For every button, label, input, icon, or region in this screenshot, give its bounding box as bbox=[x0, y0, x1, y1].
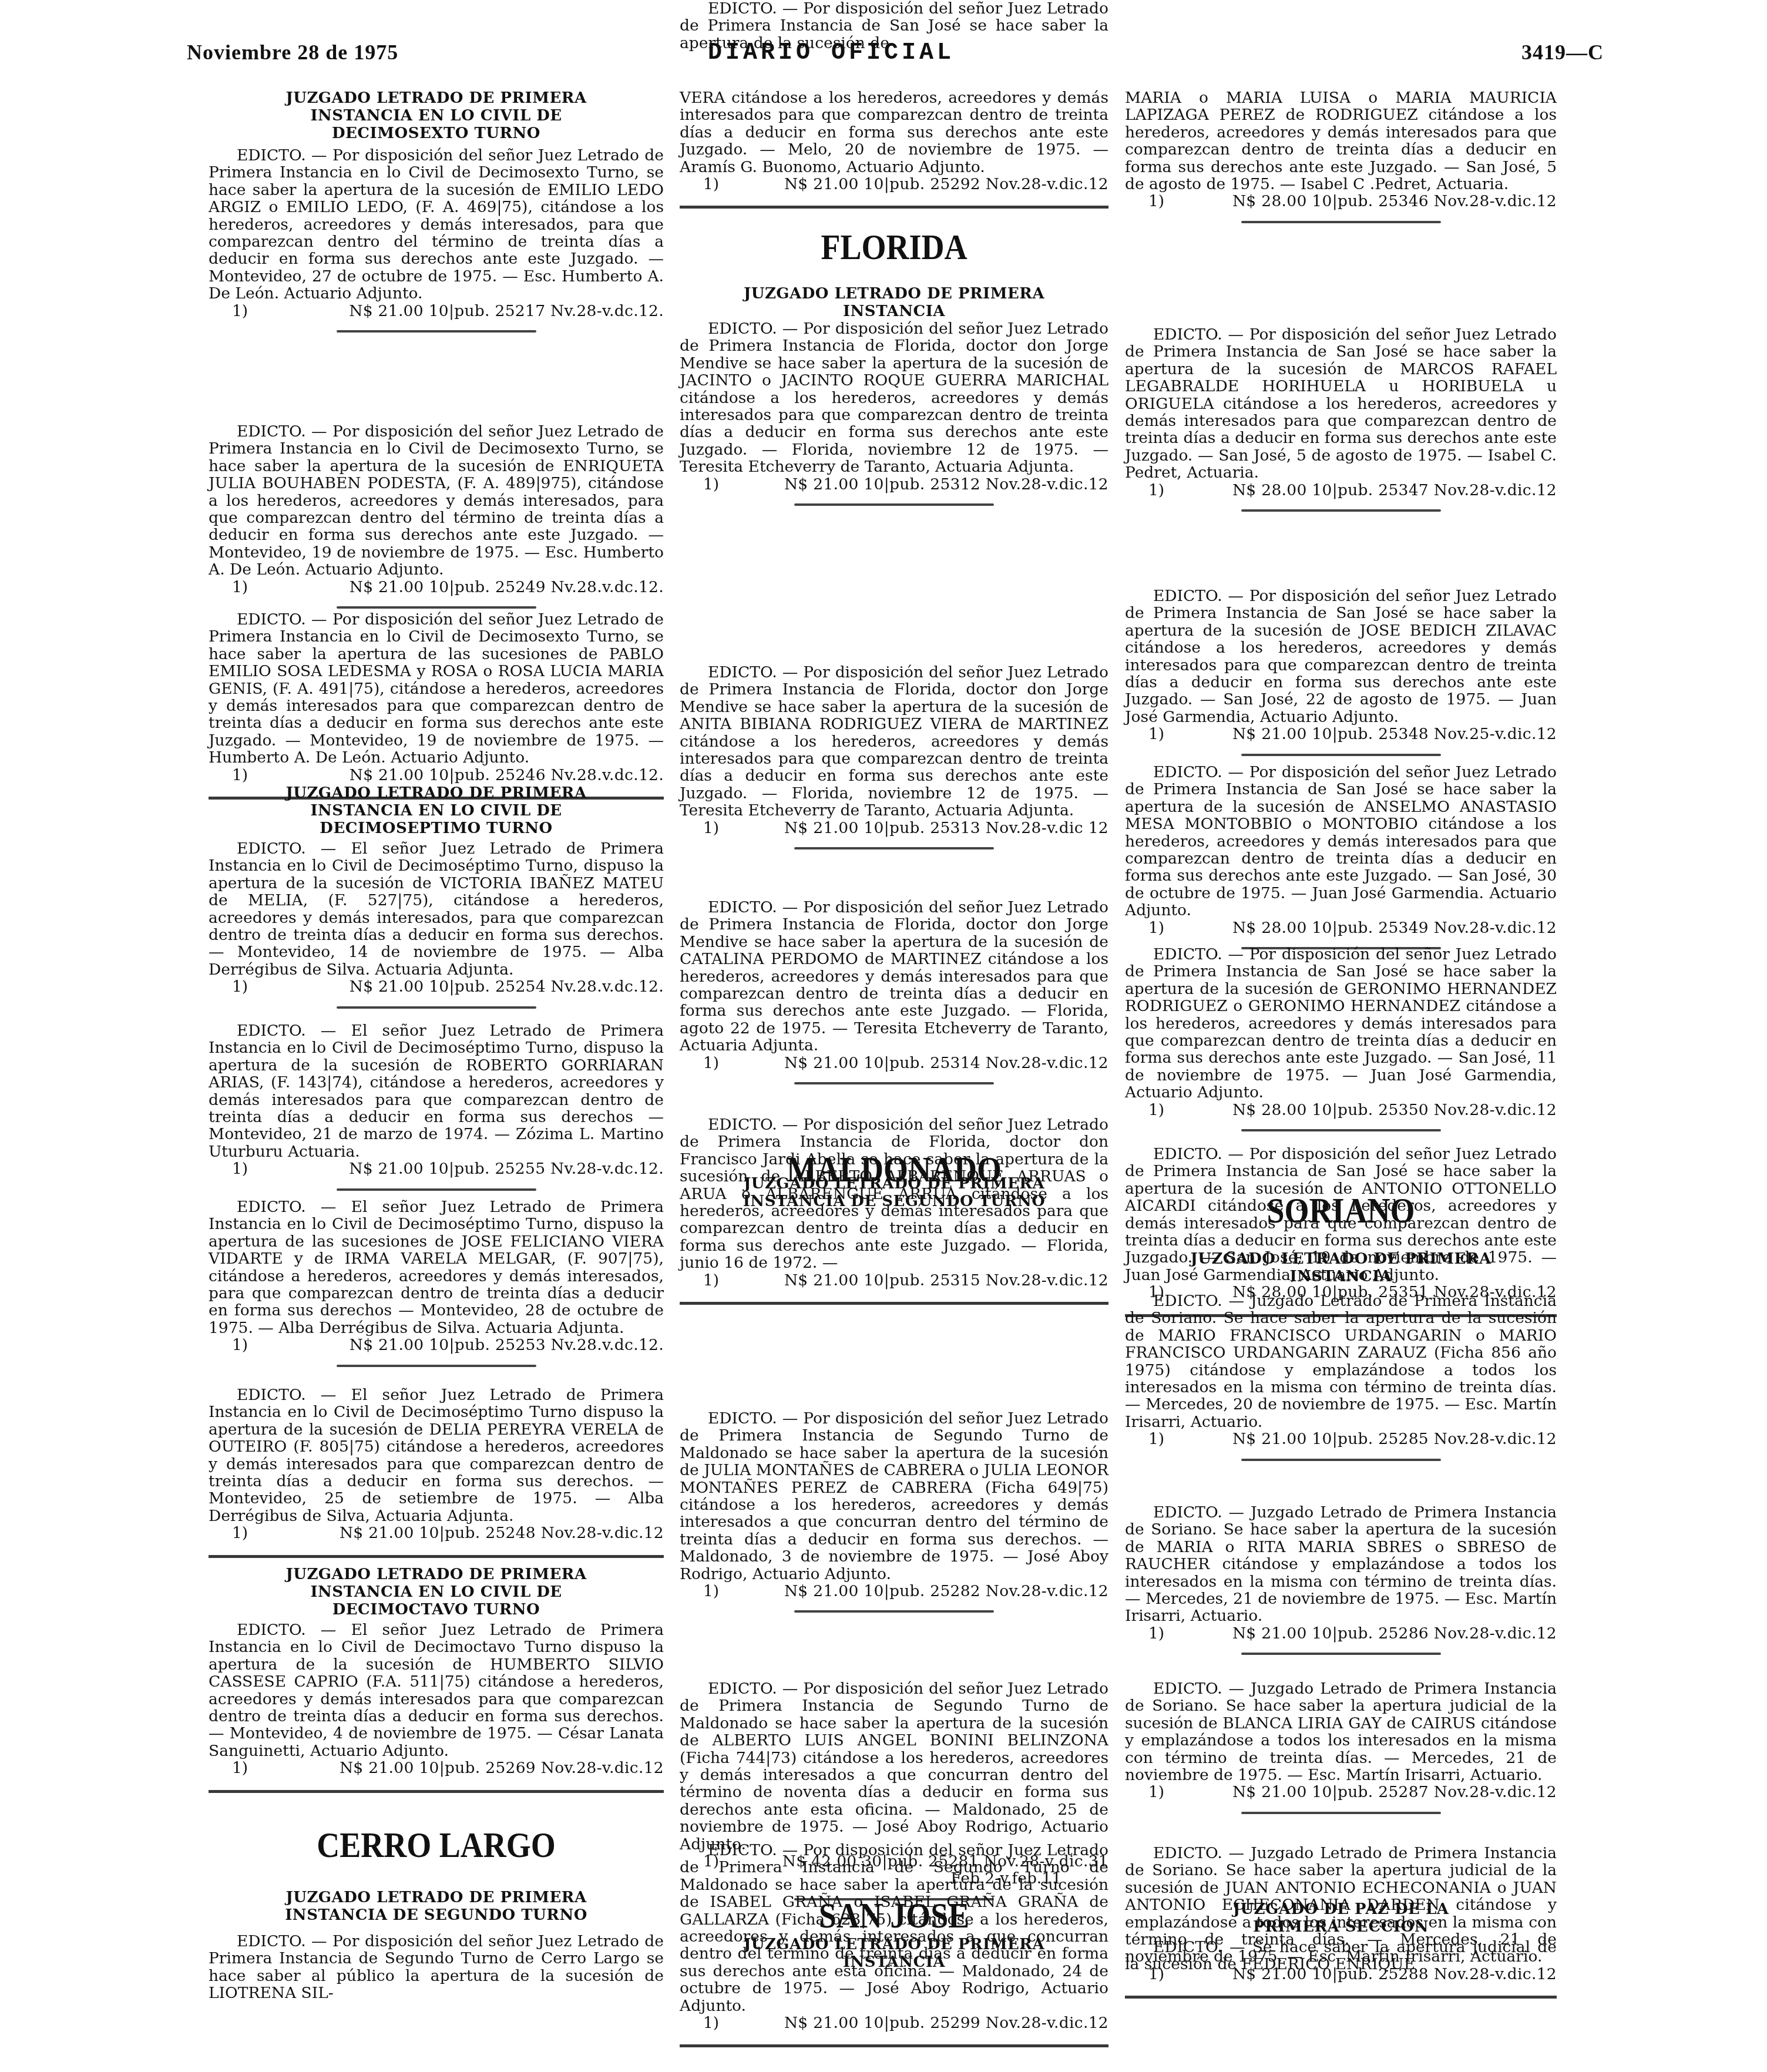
edict-body: EDICTO. — Juzgado Letrado de Primera Ins… bbox=[1125, 1504, 1557, 1625]
edict-notice: EDICTO. — Juzgado Letrado de Primera Ins… bbox=[1125, 1680, 1557, 1827]
issue-date: Noviembre 28 de 1975 bbox=[187, 40, 398, 65]
edict-text: EDICTO. — Por disposición del señor Juez… bbox=[680, 1410, 1108, 1583]
page-number: 3419—C bbox=[1521, 40, 1604, 65]
edict-notice: EDICTO. — Juzgado Letrado de Primera Ins… bbox=[1125, 1292, 1557, 1474]
insertion-count: 1) bbox=[680, 176, 774, 193]
fee-details: N$ 21.00 10|pub. 25286 Nov.28-v.dic.12 bbox=[1219, 1625, 1557, 1642]
insertion-count: 1) bbox=[209, 1336, 303, 1354]
fee-details: N$ 21.00 10|pub. 25255 Nv.28-v.dc.12. bbox=[303, 1160, 664, 1177]
edict-notice: EDICTO. — Se hace saber la apertura judi… bbox=[1125, 1939, 1557, 1973]
edict-body: EDICTO. — Por disposición del señor Juez… bbox=[1125, 587, 1557, 726]
publication-fee-line: 1)N$ 28.00 10|pub. 25349 Nov.28-v.dic.12 bbox=[1125, 919, 1557, 936]
court-title: JUZGADO LETRADO DE PRIMERA INSTANCIA DE … bbox=[209, 1889, 664, 1924]
court-heading: JUZGADO LETRADO DE PRIMERA INSTANCIA EN … bbox=[209, 89, 664, 142]
edict-body: EDICTO. — Por disposición del señor Juez… bbox=[1125, 946, 1557, 1102]
edict-body: VERA citándose a los herederos, acreedor… bbox=[680, 89, 1108, 176]
separator-rule bbox=[209, 1555, 664, 1558]
publication-fee-line: 1)N$ 28.00 10|pub. 25346 Nov.28-v.dic.12 bbox=[1125, 193, 1557, 210]
insertion-count: 1) bbox=[1125, 1625, 1219, 1642]
edict-notice: EDICTO. — Por disposición del señor Juez… bbox=[680, 899, 1108, 1097]
publication-fee-line: 1)N$ 21.00 10|pub. 25269 Nov.28-v.dic.12 bbox=[209, 1759, 664, 1777]
edict-notice: EDICTO. — Por disposición del señor Juez… bbox=[1125, 946, 1557, 1144]
fee-details: N$ 21.00 10|pub. 25292 Nov.28-v.dic.12 bbox=[774, 176, 1108, 193]
insertion-count: 1) bbox=[680, 820, 774, 837]
edict-notice: EDICTO. — Por disposición del señor Juez… bbox=[1125, 764, 1557, 962]
edict-body: EDICTO. — Por disposición del señor Juez… bbox=[680, 0, 1108, 52]
fee-details: N$ 28.00 10|pub. 25349 Nov.28-v.dic.12 bbox=[1219, 919, 1557, 936]
edict-text: EDICTO. — Por disposición del señor Juez… bbox=[1125, 326, 1557, 482]
edict-notice: EDICTO. — Por disposición del señor Juez… bbox=[1125, 587, 1557, 769]
region-title: SAN JOSE bbox=[680, 1895, 1108, 1936]
edict-notice: EDICTO. — Por disposición del señor Juez… bbox=[209, 147, 664, 345]
insertion-count: 1) bbox=[1125, 193, 1219, 210]
region-title: FLORIDA bbox=[680, 227, 1108, 267]
region-title: CERRO LARGO bbox=[209, 1825, 664, 1865]
edict-text: EDICTO. — Por disposición del señor Juez… bbox=[680, 664, 1108, 820]
fee-details: N$ 21.00 10|pub. 25313 Nov.28-v.dic 12 bbox=[774, 820, 1108, 837]
edict-body: EDICTO. — Por disposición del señor Juez… bbox=[680, 1680, 1108, 1853]
edict-text: EDICTO. — El señor Juez Letrado de Prime… bbox=[209, 1198, 664, 1336]
fee-details: N$ 28.00 10|pub. 25346 Nov.28-v.dic.12 bbox=[1219, 193, 1557, 210]
insertion-count: 1) bbox=[1125, 1430, 1219, 1448]
publication-fee-line: 1)N$ 21.00 10|pub. 25217 Nv.28-v.dc.12. bbox=[209, 303, 664, 320]
publication-fee-line: 1)N$ 21.00 10|pub. 25348 Nov.25-v.dic.12 bbox=[1125, 726, 1557, 743]
insertion-count: 1) bbox=[1125, 726, 1219, 743]
publication-fee-line: 1)N$ 21.00 10|pub. 25255 Nv.28-v.dc.12. bbox=[209, 1160, 664, 1177]
edict-notice: EDICTO. — Por disposición del señor Juez… bbox=[209, 423, 664, 622]
edict-body: EDICTO. — Por disposición del señor Juez… bbox=[680, 320, 1108, 476]
fee-details: N$ 21.00 10|pub. 25282 Nov.28-v.dic.12 bbox=[774, 1583, 1108, 1600]
separator-rule bbox=[1241, 221, 1441, 223]
edict-text: EDICTO. — El señor Juez Letrado de Prime… bbox=[209, 840, 664, 978]
insertion-count: 1) bbox=[209, 1160, 303, 1177]
publication-fee-line: 1)N$ 21.00 10|pub. 25299 Nov.28-v.dic.12 bbox=[680, 2014, 1108, 2031]
insertion-count: 1) bbox=[1125, 1784, 1219, 1801]
fee-details: N$ 21.00 10|pub. 25254 Nv.28.v.dc.12. bbox=[303, 978, 664, 995]
separator-rule bbox=[680, 1302, 1108, 1305]
edict-text: EDICTO. — Por disposición del señor Juez… bbox=[1125, 587, 1557, 726]
separator-rule bbox=[337, 330, 536, 333]
edict-notice: EDICTO. — Juzgado Letrado de Primera Ins… bbox=[1125, 1504, 1557, 1668]
edict-body: EDICTO. — Por disposición del señor Juez… bbox=[1125, 764, 1557, 919]
edict-text: EDICTO. — Juzgado Letrado de Primera Ins… bbox=[1125, 1292, 1557, 1430]
court-title: JUZGADO LETRADO DE PRIMERA INSTANCIA bbox=[680, 285, 1108, 320]
edict-body: EDICTO. — El señor Juez Letrado de Prime… bbox=[209, 1022, 664, 1160]
separator-rule bbox=[794, 1082, 994, 1084]
separator-rule bbox=[794, 503, 994, 506]
publication-fee-line: 1)N$ 21.00 10|pub. 25287 Nov.28-v.dic.12 bbox=[1125, 1784, 1557, 1801]
edict-notice: EDICTO. — Por disposición del señor Juez… bbox=[1125, 326, 1557, 525]
publication-fee-line: 1)N$ 21.00 10|pub. 25249 Nv.28.v.dc.12. bbox=[209, 579, 664, 596]
fee-details: N$ 21.00 10|pub. 25269 Nov.28-v.dic.12 bbox=[303, 1759, 664, 1777]
court-title: JUZGADO LETRADO DE PRIMERA INSTANCIA EN … bbox=[209, 89, 664, 142]
edict-body: EDICTO. — Por disposición del señor Juez… bbox=[209, 423, 664, 579]
edict-text: EDICTO. — Juzgado Letrado de Primera Ins… bbox=[1125, 1504, 1557, 1625]
edict-text: EDICTO. — El señor Juez Letrado de Prime… bbox=[209, 1386, 664, 1524]
edict-body: EDICTO. — Por disposición del señor Juez… bbox=[209, 147, 664, 303]
edict-notice: EDICTO. — Por disposición del señor Juez… bbox=[680, 1410, 1108, 1626]
publication-fee-line: 1)N$ 21.00 10|pub. 25254 Nv.28.v.dc.12. bbox=[209, 978, 664, 995]
fee-details: N$ 21.00 10|pub. 25314 Nov.28-v.dic.12 bbox=[774, 1055, 1108, 1072]
edict-text: EDICTO. — El señor Juez Letrado de Prime… bbox=[209, 1022, 664, 1160]
publication-fee-line: 1)N$ 21.00 10|pub. 25314 Nov.28-v.dic.12 bbox=[680, 1055, 1108, 1072]
court-title: JUZGADO LETRADO DE PRIMERA INSTANCIA bbox=[1125, 1250, 1557, 1285]
region-title: SORIANO bbox=[1125, 1190, 1557, 1231]
edict-continuation: VERA citándose a los herederos, acreedor… bbox=[680, 89, 1108, 224]
fee-details: N$ 28.00 10|pub. 25347 Nov.28-v.dic.12 bbox=[1219, 482, 1557, 499]
edict-text: EDICTO. — Por disposición del señor Juez… bbox=[680, 320, 1108, 476]
publication-fee-line: 1)N$ 21.00 10|pub. 25313 Nov.28-v.dic 12 bbox=[680, 820, 1108, 837]
separator-rule bbox=[794, 847, 994, 849]
edict-text: EDICTO. — Por disposición del señor Juez… bbox=[680, 899, 1108, 1055]
fee-details: N$ 21.00 10|pub. 25285 Nov.28-v.dic.12 bbox=[1219, 1430, 1557, 1448]
publication-fee-line: 1)N$ 21.00 10|pub. 25246 Nv.28.v.dc.12. bbox=[209, 767, 664, 784]
insertion-count: 1) bbox=[680, 2014, 774, 2031]
edict-body: EDICTO. — Por disposición del señor Juez… bbox=[680, 1410, 1108, 1583]
edict-notice: EDICTO. — Por disposición del señor Juez… bbox=[680, 320, 1108, 519]
separator-rule bbox=[1241, 1459, 1441, 1461]
publication-fee-line: 1)N$ 21.00 10|pub. 25315 Nov.28-v.dic.12 bbox=[680, 1272, 1108, 1289]
edict-notice: EDICTO. — El señor Juez Letrado de Prime… bbox=[209, 1621, 664, 1808]
fee-details: N$ 21.00 10|pub. 25246 Nv.28.v.dc.12. bbox=[303, 767, 664, 784]
court-title: JUZGADO LETRADO DE PRIMERA INSTANCIA EN … bbox=[209, 1566, 664, 1618]
edict-text: EDICTO. — Juzgado Letrado de Primera Ins… bbox=[1125, 1680, 1557, 1784]
separator-rule bbox=[337, 1006, 536, 1009]
publication-fee-line: 1)N$ 28.00 10|pub. 25350 Nov.28-v.dic.12 bbox=[1125, 1102, 1557, 1119]
fee-details: N$ 21.00 10|pub. 25312 Nov.28-v.dic.12 bbox=[774, 476, 1108, 493]
fee-details: N$ 21.00 10|pub. 25253 Nv.28.v.dc.12. bbox=[303, 1336, 664, 1354]
edict-notice: EDICTO. — El señor Juez Letrado de Prime… bbox=[209, 1022, 664, 1204]
fee-details: N$ 21.00 10|pub. 25248 Nov.28-v.dic.12 bbox=[303, 1524, 664, 1542]
insertion-count: 1) bbox=[209, 1524, 303, 1542]
edict-notice: EDICTO. — El señor Juez Letrado de Prime… bbox=[209, 1198, 664, 1380]
insertion-count: 1) bbox=[680, 1583, 774, 1600]
insertion-count: 1) bbox=[209, 1759, 303, 1777]
court-heading: JUZGADO LETRADO DE PRIMERA INSTANCIA DE … bbox=[209, 1889, 664, 1924]
edict-body: EDICTO. — El señor Juez Letrado de Prime… bbox=[209, 1198, 664, 1336]
fee-details: N$ 21.00 10|pub. 25348 Nov.25-v.dic.12 bbox=[1219, 726, 1557, 743]
edict-body: EDICTO. — Por disposición del señor Juez… bbox=[1125, 326, 1557, 482]
court-heading: JUZGADO LETRADO DE PRIMERA INSTANCIA DE … bbox=[680, 1175, 1108, 1210]
publication-fee-line: 1)N$ 21.00 10|pub. 25253 Nv.28.v.dc.12. bbox=[209, 1336, 664, 1354]
insertion-count: 1) bbox=[209, 303, 303, 320]
edict-text: MARIA o MARIA LUISA o MARIA MAURICIA LAP… bbox=[1125, 89, 1557, 193]
separator-rule bbox=[337, 606, 536, 609]
edict-text: EDICTO. — El señor Juez Letrado de Prime… bbox=[209, 1621, 664, 1759]
edict-text: VERA citándose a los herederos, acreedor… bbox=[680, 89, 1108, 176]
edict-notice: EDICTO. — Por disposición del señor Juez… bbox=[680, 1116, 1108, 1320]
region-heading: SORIANO bbox=[1125, 1193, 1557, 1228]
edict-notice: EDICTO. — Por disposición del señor Juez… bbox=[680, 664, 1108, 862]
edict-body: MARIA o MARIA LUISA o MARIA MAURICIA LAP… bbox=[1125, 89, 1557, 193]
court-title: JUZGADO LETRADO DE PRIMERA INSTANCIA bbox=[680, 1936, 1108, 1971]
edict-text: EDICTO. — Por disposición del señor Juez… bbox=[209, 147, 664, 303]
insertion-count: 1) bbox=[1125, 919, 1219, 936]
separator-rule bbox=[337, 1188, 536, 1191]
edict-body: EDICTO. — Por disposición del señor Juez… bbox=[680, 899, 1108, 1055]
fee-details: N$ 21.00 10|pub. 25249 Nv.28.v.dc.12. bbox=[303, 579, 664, 596]
edict-text: EDICTO. — Por disposición del señor Juez… bbox=[680, 0, 1108, 52]
court-heading: JUZGADO LETRADO DE PRIMERA INSTANCIA bbox=[1125, 1250, 1557, 1285]
publication-fee-line: 1)N$ 21.00 10|pub. 25312 Nov.28-v.dic.12 bbox=[680, 476, 1108, 493]
separator-rule bbox=[1241, 1812, 1441, 1814]
insertion-count: 1) bbox=[209, 767, 303, 784]
edict-body: EDICTO. — El señor Juez Letrado de Prime… bbox=[209, 1386, 664, 1524]
insertion-count: 1) bbox=[209, 978, 303, 995]
edict-text: EDICTO. — Por disposición del señor Juez… bbox=[1125, 946, 1557, 1102]
separator-rule bbox=[1241, 1653, 1441, 1655]
edict-notice: EDICTO. — El señor Juez Letrado de Prime… bbox=[209, 1386, 664, 1573]
separator-rule bbox=[1125, 1996, 1557, 1999]
publication-fee-line: 1)N$ 21.00 10|pub. 25248 Nov.28-v.dic.12 bbox=[209, 1524, 664, 1542]
fee-details: N$ 21.00 10|pub. 25217 Nv.28-v.dc.12. bbox=[303, 303, 664, 320]
court-title: JUZGADO LETRADO DE PRIMERA INSTANCIA EN … bbox=[209, 784, 664, 837]
edict-notice: EDICTO. — El señor Juez Letrado de Prime… bbox=[209, 840, 664, 1022]
region-heading: CERRO LARGO bbox=[209, 1827, 664, 1862]
edict-text: EDICTO. — Por disposición del señor Juez… bbox=[209, 1933, 664, 2002]
court-heading: JUZGADO LETRADO DE PRIMERA INSTANCIA bbox=[680, 1936, 1108, 1971]
edict-body: EDICTO. — Se hace saber la apertura judi… bbox=[1125, 1939, 1557, 1973]
separator-rule bbox=[1241, 509, 1441, 512]
insertion-count: 1) bbox=[680, 1055, 774, 1072]
publication-fee-line: 1)N$ 21.00 10|pub. 25285 Nov.28-v.dic.12 bbox=[1125, 1430, 1557, 1448]
separator-rule bbox=[680, 206, 1108, 209]
edict-notice: EDICTO. — Por disposición del señor Juez… bbox=[680, 0, 1108, 52]
edict-body: EDICTO. — Juzgado Letrado de Primera Ins… bbox=[1125, 1292, 1557, 1430]
edict-body: EDICTO. — El señor Juez Letrado de Prime… bbox=[209, 840, 664, 978]
edict-text: EDICTO. — Se hace saber la apertura judi… bbox=[1125, 1939, 1557, 1973]
edict-body: EDICTO. — Por disposición del señor Juez… bbox=[209, 1933, 664, 2002]
insertion-count: 1) bbox=[209, 579, 303, 596]
publication-fee-line: 1)N$ 28.00 10|pub. 25347 Nov.28-v.dic.12 bbox=[1125, 482, 1557, 499]
insertion-count: 1) bbox=[680, 476, 774, 493]
fee-details: N$ 28.00 10|pub. 25350 Nov.28-v.dic.12 bbox=[1219, 1102, 1557, 1119]
fee-details: N$ 21.00 10|pub. 25315 Nov.28-v.dic.12 bbox=[774, 1272, 1108, 1289]
edict-text: EDICTO. — Por disposición del señor Juez… bbox=[680, 1680, 1108, 1853]
court-heading: JUZGADO LETRADO DE PRIMERA INSTANCIA bbox=[680, 285, 1108, 320]
edict-body: EDICTO. — Por disposición del señor Juez… bbox=[209, 611, 664, 767]
insertion-count: 1) bbox=[1125, 1102, 1219, 1119]
edict-body: EDICTO. — Juzgado Letrado de Primera Ins… bbox=[1125, 1680, 1557, 1784]
edict-continuation: MARIA o MARIA LUISA o MARIA MAURICIA LAP… bbox=[1125, 89, 1557, 236]
court-heading: JUZGADO DE PAZ DE LA PRIMERA SECCION bbox=[1125, 1900, 1557, 1936]
region-heading: SAN JOSE bbox=[680, 1898, 1108, 1933]
edict-text: EDICTO. — Por disposición del señor Juez… bbox=[209, 611, 664, 767]
edict-body: EDICTO. — El señor Juez Letrado de Prime… bbox=[209, 1621, 664, 1759]
separator-rule bbox=[209, 1790, 664, 1793]
publication-fee-line: 1)N$ 21.00 10|pub. 25292 Nov.28-v.dic.12 bbox=[680, 176, 1108, 193]
edict-text: EDICTO. — Por disposición del señor Juez… bbox=[209, 423, 664, 579]
edict-text: EDICTO. — Por disposición del señor Juez… bbox=[1125, 764, 1557, 919]
separator-rule bbox=[337, 1365, 536, 1367]
edict-notice: EDICTO. — Por disposición del señor Juez… bbox=[209, 1933, 664, 2002]
edict-body: EDICTO. — Por disposición del señor Juez… bbox=[680, 664, 1108, 820]
court-heading: JUZGADO LETRADO DE PRIMERA INSTANCIA EN … bbox=[209, 784, 664, 837]
fee-details: N$ 21.00 10|pub. 25287 Nov.28-v.dic.12 bbox=[1219, 1784, 1557, 1801]
publication-fee-line: 1)N$ 21.00 10|pub. 25286 Nov.28-v.dic.12 bbox=[1125, 1625, 1557, 1642]
separator-rule bbox=[1241, 1129, 1441, 1131]
separator-rule bbox=[794, 1610, 994, 1613]
court-title: JUZGADO DE PAZ DE LA PRIMERA SECCION bbox=[1125, 1900, 1557, 1936]
region-heading: FLORIDA bbox=[680, 229, 1108, 264]
insertion-count: 1) bbox=[1125, 482, 1219, 499]
separator-rule bbox=[1241, 754, 1441, 756]
newspaper-page: Noviembre 28 de 1975 DIARIO OFICIAL 3419… bbox=[0, 0, 1767, 2072]
court-heading: JUZGADO LETRADO DE PRIMERA INSTANCIA EN … bbox=[209, 1566, 664, 1618]
fee-details: N$ 21.00 10|pub. 25299 Nov.28-v.dic.12 bbox=[774, 2014, 1108, 2031]
court-title: JUZGADO LETRADO DE PRIMERA INSTANCIA DE … bbox=[680, 1175, 1108, 1210]
separator-rule bbox=[680, 2044, 1108, 2047]
publication-fee-line: 1)N$ 21.00 10|pub. 25282 Nov.28-v.dic.12 bbox=[680, 1583, 1108, 1600]
insertion-count: 1) bbox=[680, 1272, 774, 1289]
